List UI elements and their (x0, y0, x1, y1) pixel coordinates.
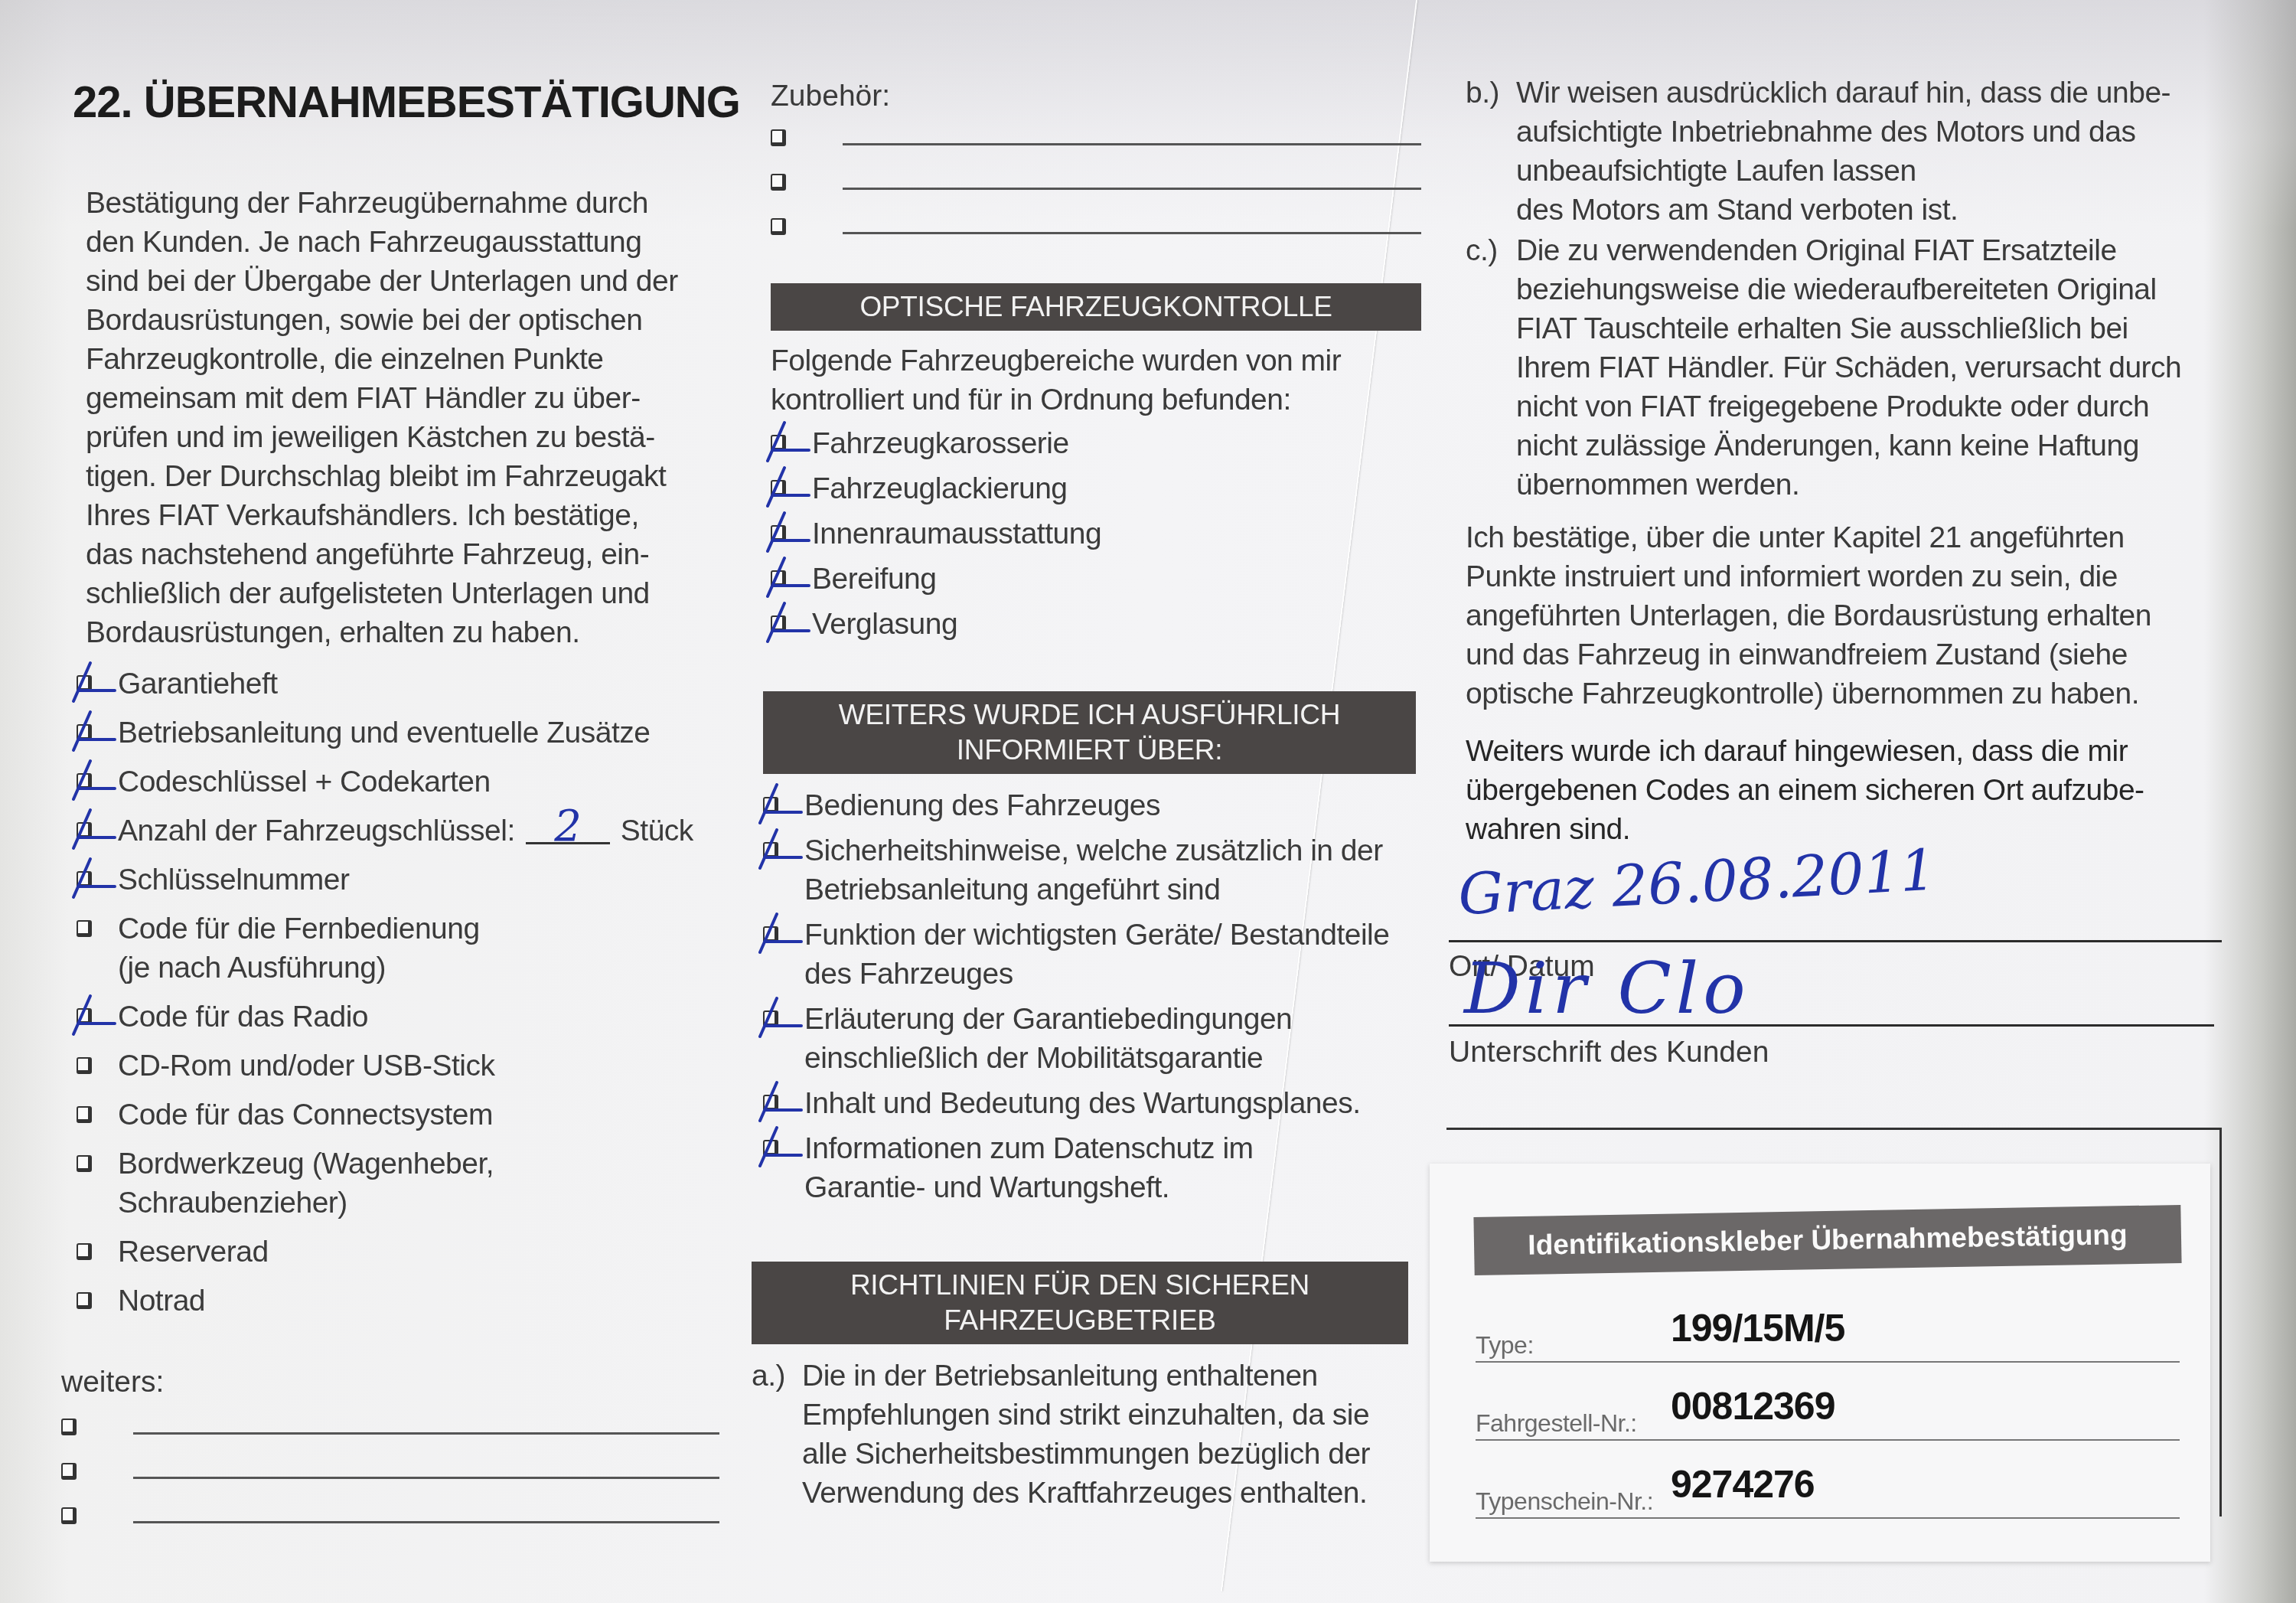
guideline-a: a.)Die in der Betriebsanleitung enthalte… (752, 1357, 1408, 1513)
checklist-label: Schlüsselnummer (118, 864, 349, 896)
intro-line: das nachstehend angeführte Fahrzeug, ein… (86, 535, 744, 574)
checkbox[interactable] (61, 1463, 77, 1480)
checklist-label: Informationen zum Datenschutz im (804, 1132, 1254, 1165)
checklist-item: Notrad (77, 1281, 750, 1321)
checkbox[interactable] (77, 1243, 92, 1260)
paragraph-line: Die in der Betriebsanleitung enthaltenen (802, 1357, 1370, 1396)
handwritten-check-icon (757, 779, 783, 824)
handwritten-check-icon (765, 597, 791, 643)
checklist-label-cont: des Fahrzeuges (804, 958, 1013, 991)
checkbox-checked[interactable] (77, 1008, 92, 1025)
checklist-label: Code für das Radio (118, 1001, 368, 1033)
checklist-label: Funktion der wichtigsten Geräte/ Bestand… (804, 919, 1389, 952)
sticker-field-label: Type: (1476, 1331, 1534, 1360)
paragraph-line: Wir weisen ausdrücklich darauf hin, dass… (1516, 73, 2170, 113)
optical-check-intro: Folgende Fahrzeugbereiche wurden von mir… (771, 341, 1421, 420)
checkbox[interactable] (77, 1155, 92, 1172)
blank-entry-row (771, 116, 1421, 160)
intro-line: schließlich der aufgelisteten Unterlagen… (86, 574, 744, 613)
handwritten-check-icon (70, 990, 96, 1036)
checklist-item: Innenraumausstattung (771, 514, 1421, 553)
checkbox[interactable] (77, 920, 92, 937)
checkbox[interactable] (77, 1292, 92, 1309)
blank-entry-line[interactable] (133, 1521, 719, 1523)
checklist-label: Code für die Fernbedienung (118, 913, 480, 945)
checklist-label: Garantieheft (118, 668, 278, 700)
weiters-label: weiters: (61, 1363, 719, 1402)
checklist-label: Fahrzeugkarosserie (812, 427, 1069, 460)
sticker-field: Type:199/15M/5 (1476, 1300, 2180, 1363)
checkbox[interactable] (771, 218, 786, 235)
paragraph-marker: b.) (1466, 73, 1516, 230)
sticker-header: Identifikationskleber Übernahmebestätigu… (1473, 1205, 2181, 1275)
paragraph-marker: c.) (1466, 231, 1516, 504)
checklist-item: Inhalt und Bedeutung des Wartungsplanes. (763, 1084, 1416, 1123)
checklist-label: Erläuterung der Garantiebedingungen (804, 1003, 1292, 1036)
sticker-field-value: 9274276 (1671, 1462, 1815, 1507)
signature-block: Graz 26.08.2011 Ort/ Datum Dir Clo Unter… (1449, 850, 2222, 1072)
checkbox-checked[interactable] (763, 926, 778, 943)
sticker-field: Typenschein-Nr.:9274276 (1476, 1456, 2180, 1519)
checklist-item: CD-Rom und/oder USB-Stick (77, 1046, 750, 1086)
checklist-item: Anzahl der Fahrzeugschlüssel:2Stück (77, 811, 750, 850)
checklist-item: Erläuterung der Garantiebedingungeneinsc… (763, 1000, 1416, 1078)
checklist-item: Codeschlüssel + Codekarten (77, 762, 750, 801)
sticker-field-value: 00812369 (1671, 1384, 1835, 1428)
accessories-section: Zubehör: (771, 77, 1421, 249)
checkbox-checked[interactable] (77, 773, 92, 790)
handwritten-check-icon (757, 992, 783, 1038)
informed-section: WEITERS WURDE ICH AUSFÜHRLICHINFORMIERT … (763, 691, 1416, 1213)
guidelines-header-line: FAHRZEUGBETRIEB (752, 1303, 1408, 1338)
checklist-item: Code für die Fernbedienung(je nach Ausfü… (77, 909, 750, 988)
checklist-label: Bordwerkzeug (Wagenheber, (118, 1148, 494, 1180)
checklist-item: Fahrzeugkarosserie (771, 424, 1421, 463)
confirmation-line: und das Fahrzeug in einwandfreiem Zustan… (1466, 635, 2231, 674)
signature-label: Unterschrift des Kunden (1449, 1033, 2222, 1072)
codes-notice-paragraph: Weiters wurde ich darauf hingewiesen, da… (1466, 732, 2231, 849)
blank-entry-line[interactable] (133, 1477, 719, 1479)
intro-line: prüfen und im jeweiligen Kästchen zu bes… (86, 418, 744, 457)
sticker-field: Fahrgestell-Nr.:00812369 (1476, 1378, 2180, 1441)
checklist-item: Fahrzeuglackierung (771, 469, 1421, 508)
optical-check-header: OPTISCHE FAHRZEUGKONTROLLE (771, 283, 1421, 331)
checklist-label: Anzahl der Fahrzeugschlüssel: (118, 815, 515, 847)
weiters-section: weiters: (61, 1363, 719, 1538)
confirmation-paragraph: Ich bestätige, über die unter Kapitel 21… (1466, 518, 2231, 713)
blank-entry-row (61, 1405, 719, 1449)
handwritten-check-icon (765, 416, 791, 462)
guidelines-section: RICHTLINIEN FÜR DEN SICHERENFAHRZEUGBETR… (752, 1262, 1408, 1513)
blank-entry-line[interactable] (843, 188, 1421, 190)
checklist-item: Code für das Connectsystem (77, 1095, 750, 1135)
paragraph-line: nicht zulässige Änderungen, kann keine H… (1516, 426, 2181, 465)
intro-line: gemeinsam mit dem FIAT Händler zu über- (86, 379, 744, 418)
checkbox-checked[interactable] (77, 871, 92, 888)
blank-entry-line[interactable] (133, 1432, 719, 1435)
codes-notice-line: Weiters wurde ich darauf hingewiesen, da… (1466, 732, 2231, 771)
checklist-item: Code für das Radio (77, 997, 750, 1037)
checklist-item: Sicherheitshinweise, welche zusätzlich i… (763, 831, 1416, 909)
confirmation-line: Ich bestätige, über die unter Kapitel 21… (1466, 518, 2231, 557)
intro-line: sind bei der Übergabe der Unterlagen und… (86, 262, 744, 301)
checklist-item: Betriebsanleitung und eventuelle Zusätze (77, 713, 750, 753)
checkbox-checked[interactable] (763, 797, 778, 814)
intro-line: Bestätigung der Fahrzeugübernahme durch (86, 184, 744, 223)
checklist-label-cont: Schraubenzieher) (118, 1187, 347, 1219)
checklist-item: Bedienung des Fahrzeuges (763, 786, 1416, 825)
handwritten-check-icon (765, 507, 791, 553)
informed-header: WEITERS WURDE ICH AUSFÜHRLICHINFORMIERT … (763, 691, 1416, 774)
intro-line: Fahrzeugkontrolle, die einzelnen Punkte (86, 340, 744, 379)
informed-header-line: INFORMIERT ÜBER: (763, 733, 1416, 768)
checklist-item: Bordwerkzeug (Wagenheber,Schraubenzieher… (77, 1144, 750, 1223)
checklist-label: Innenraumausstattung (812, 517, 1101, 550)
optical-check-section: OPTISCHE FAHRZEUGKONTROLLE Folgende Fahr… (771, 283, 1421, 650)
checklist-label-cont: Garantie- und Wartungsheft. (804, 1171, 1169, 1204)
checklist-label: Codeschlüssel + Codekarten (118, 766, 491, 798)
blank-entry-row (771, 204, 1421, 249)
checkbox[interactable] (61, 1419, 77, 1435)
optical-intro-line: Folgende Fahrzeugbereiche wurden von mir (771, 341, 1421, 380)
guidelines-continued: b.)Wir weisen ausdrücklich darauf hin, d… (1466, 73, 2231, 849)
checklist-item: Schlüsselnummer (77, 860, 750, 899)
paragraph-line: beziehungsweise die wiederaufbereiteten … (1516, 270, 2181, 309)
key-count-unit: Stück (621, 815, 693, 847)
handwritten-check-icon (757, 1076, 783, 1122)
sticker-field-label: Fahrgestell-Nr.: (1476, 1409, 1637, 1438)
paragraph-line: Verwendung des Kraftfahrzeuges enthalten… (802, 1474, 1370, 1513)
checklist-label: CD-Rom und/oder USB-Stick (118, 1050, 494, 1082)
guidelines-header: RICHTLINIEN FÜR DEN SICHERENFAHRZEUGBETR… (752, 1262, 1408, 1344)
intro-line: Ihres FIAT Verkaufshändlers. Ich bestäti… (86, 496, 744, 535)
blank-entry-row (771, 160, 1421, 204)
checkbox-checked[interactable] (771, 525, 786, 542)
paragraph-line: Ihrem FIAT Händler. Für Schäden, verursa… (1516, 348, 2181, 387)
blank-entry-row (61, 1494, 719, 1538)
handwritten-check-icon (70, 755, 96, 801)
checkbox-checked[interactable] (771, 480, 786, 497)
checklist-label: Inhalt und Bedeutung des Wartungsplanes. (804, 1087, 1361, 1120)
intro-line: tigen. Der Durchschlag bleibt im Fahrzeu… (86, 457, 744, 496)
checkbox-checked[interactable] (77, 822, 92, 839)
checklist-label-cont: einschließlich der Mobilitätsgarantie (804, 1042, 1263, 1075)
checkbox-checked[interactable] (763, 1010, 778, 1027)
handwritten-check-icon (70, 706, 96, 752)
checkbox[interactable] (771, 174, 786, 191)
checklist-label-cont: (je nach Ausführung) (118, 952, 386, 984)
paragraph-line: Empfehlungen sind strikt einzuhalten, da… (802, 1396, 1370, 1435)
guideline-b: b.)Wir weisen ausdrücklich darauf hin, d… (1466, 73, 2231, 230)
informed-header-line: WEITERS WURDE ICH AUSFÜHRLICH (763, 697, 1416, 733)
handwritten-check-icon (70, 853, 96, 899)
checklist-label-cont: Betriebsanleitung angeführt sind (804, 873, 1220, 906)
codes-notice-line: übergebenen Codes an einem sicheren Ort … (1466, 771, 2231, 810)
documents-checklist: GarantieheftBetriebsanleitung und eventu… (77, 664, 750, 1330)
blank-entry-line[interactable] (843, 232, 1421, 234)
paragraph-line: Die zu verwendenden Original FIAT Ersatz… (1516, 231, 2181, 270)
checklist-item: Reserverad (77, 1232, 750, 1272)
page-title: 22. ÜBERNAHMEBESTÄTIGUNG (73, 77, 740, 128)
handwritten-check-icon (757, 1121, 783, 1167)
checklist-label: Fahrzeuglackierung (812, 472, 1068, 505)
blank-entry-row (61, 1449, 719, 1494)
checkbox[interactable] (77, 1057, 92, 1074)
handwritten-check-icon (757, 908, 783, 954)
checkbox[interactable] (61, 1507, 77, 1524)
checkbox-checked[interactable] (763, 1095, 778, 1112)
checklist-item: Informationen zum Datenschutz imGarantie… (763, 1129, 1416, 1207)
confirmation-line: angeführten Unterlagen, die Bordausrüstu… (1466, 596, 2231, 635)
checklist-label: Code für das Connectsystem (118, 1099, 493, 1131)
key-count-handwritten[interactable]: 2 (526, 811, 610, 844)
paragraph-line: nicht von FIAT freigegebene Produkte ode… (1516, 387, 2181, 426)
checklist-item: Verglasung (771, 605, 1421, 644)
place-date-line (1449, 940, 2222, 942)
checkbox-checked[interactable] (771, 435, 786, 452)
guidelines-header-line: RICHTLINIEN FÜR DEN SICHEREN (752, 1268, 1408, 1303)
zubehoer-label: Zubehör: (771, 77, 1421, 116)
checkbox-checked[interactable] (771, 570, 786, 587)
checkbox[interactable] (77, 1106, 92, 1123)
handwritten-check-icon (70, 804, 96, 850)
customer-signature[interactable]: Dir Clo (1464, 948, 1750, 1030)
checkbox-checked[interactable] (763, 842, 778, 859)
checklist-label: Notrad (118, 1285, 205, 1317)
confirmation-line: optische Fahrzeugkontrolle) übernommen z… (1466, 674, 2231, 713)
checklist-item: Funktion der wichtigsten Geräte/ Bestand… (763, 916, 1416, 994)
intro-line: Bordausrüstungen, sowie bei der optische… (86, 301, 744, 340)
checklist-item: Garantieheft (77, 664, 750, 704)
sticker-field-value: 199/15M/5 (1671, 1306, 1844, 1350)
checkbox-checked[interactable] (77, 675, 92, 692)
identification-sticker: Identifikationskleber Übernahmebestätigu… (1430, 1164, 2210, 1562)
intro-paragraph: Bestätigung der Fahrzeugübernahme durchd… (86, 184, 744, 652)
paragraph-line: übernommen werden. (1516, 465, 2181, 504)
paragraph-marker: a.) (752, 1357, 802, 1513)
blank-entry-line[interactable] (843, 143, 1421, 145)
handwritten-check-icon (757, 824, 783, 870)
checklist-label: Reserverad (118, 1236, 269, 1268)
paragraph-line: aufsichtigte Inbetriebnahme des Motors u… (1516, 113, 2170, 152)
checklist-label: Bereifung (812, 563, 936, 596)
intro-line: den Kunden. Je nach Fahrzeugausstattung (86, 223, 744, 262)
checklist-item: Bereifung (771, 560, 1421, 599)
paragraph-line: unbeaufsichtigte Laufen lassen (1516, 152, 2170, 191)
checklist-label: Sicherheitshinweise, welche zusätzlich i… (804, 834, 1383, 867)
place-date-handwritten[interactable]: Graz 26.08.2011 (1456, 837, 1937, 929)
sticker-field-label: Typenschein-Nr.: (1476, 1487, 1653, 1516)
handwritten-check-icon (765, 552, 791, 598)
checkbox-checked[interactable] (771, 615, 786, 632)
handwritten-check-icon (765, 462, 791, 508)
checklist-label: Bedienung des Fahrzeuges (804, 789, 1160, 822)
checklist-label: Betriebsanleitung und eventuelle Zusätze (118, 717, 650, 749)
paragraph-line: alle Sicherheitsbestimmungen bezüglich d… (802, 1435, 1370, 1474)
checklist-label: Verglasung (812, 608, 957, 641)
confirmation-line: Punkte instruiert und informiert worden … (1466, 557, 2231, 596)
paragraph-line: des Motors am Stand verboten ist. (1516, 191, 2170, 230)
checkbox-checked[interactable] (77, 724, 92, 741)
intro-line: Bordausrüstungen, erhalten zu haben. (86, 613, 744, 652)
checkbox-checked[interactable] (763, 1140, 778, 1157)
paragraph-line: FIAT Tauschteile erhalten Sie ausschließ… (1516, 309, 2181, 348)
optical-intro-line: kontrolliert und für in Ordnung befunden… (771, 380, 1421, 420)
handwritten-check-icon (70, 657, 96, 703)
guideline-c: c.)Die zu verwendenden Original FIAT Ers… (1466, 231, 2231, 504)
checkbox[interactable] (771, 129, 786, 146)
